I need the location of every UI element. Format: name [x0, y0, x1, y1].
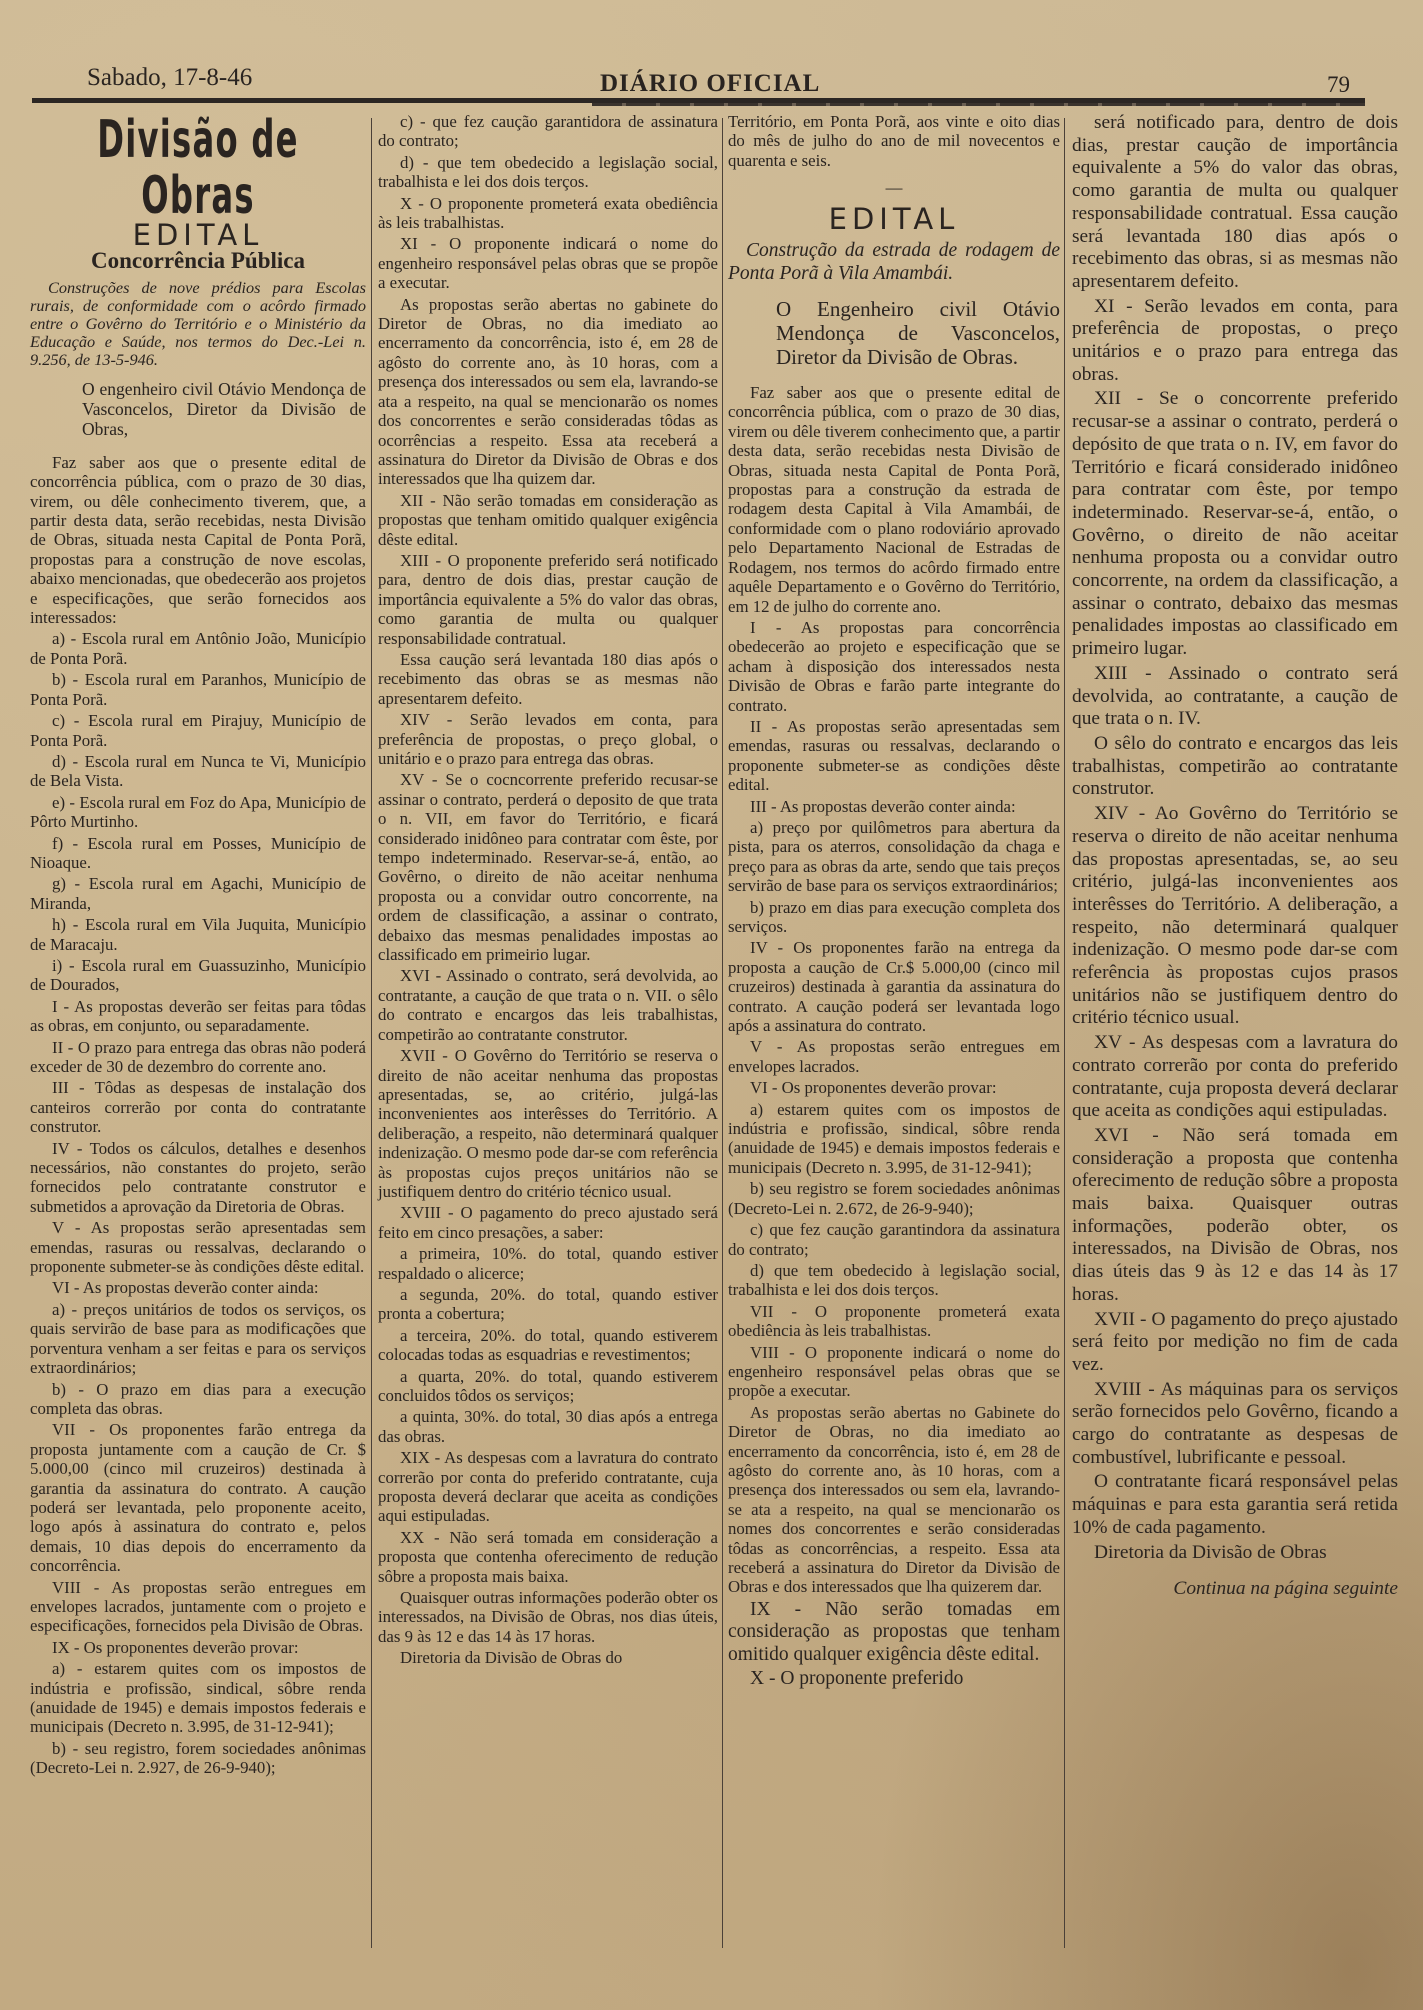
paragraph: VIII - As propostas serão entregues em e…: [30, 1578, 366, 1636]
paragraph: XII - Não serão tomadas em consideração …: [378, 491, 718, 549]
paragraph: III - Tôdas as despesas de instalação do…: [30, 1078, 366, 1136]
paragraph: a) - preços unitários de todos os serviç…: [30, 1300, 366, 1378]
paragraph: IV - Os proponentes farão na entrega da …: [728, 938, 1060, 1035]
paragraph: I - As propostas deverão ser feitas para…: [30, 997, 366, 1036]
paragraph: As propostas serão abertas no Gabinete d…: [728, 1403, 1060, 1597]
paragraph: d) - Escola rural em Nunca te Vi, Municí…: [30, 752, 366, 791]
paragraph: c) que fez caução garantindora da assina…: [728, 1220, 1060, 1259]
paragraph: XIII - Assinado o contrato será devolvid…: [1072, 663, 1398, 731]
paragraph: a) preço por quilômetros para abertura d…: [728, 818, 1060, 896]
paragraph: e) - Escola rural em Foz do Apa, Municíp…: [30, 793, 366, 832]
paragraph: a quinta, 30%. do total, 30 dias após a …: [378, 1407, 718, 1446]
paragraph: XV - Se o cocncorrente preferido recusar…: [378, 770, 718, 964]
paragraph: XI - O proponente indicará o nome do eng…: [378, 234, 718, 292]
page-header: Sabado, 17-8-46 DIÁRIO OFICIAL 79: [32, 62, 1392, 102]
paragraph: II - O prazo para entrega das obras não …: [30, 1038, 366, 1077]
column-divider: [722, 118, 723, 1948]
paragraph: Faz saber aos que o presente edital de c…: [30, 453, 366, 628]
paragraph: IX - Não serão tomadas em consideração a…: [728, 1599, 1060, 1667]
section-heading: Divisão de Obras: [44, 112, 352, 224]
continuation-note: Continua na página seguinte: [1072, 1578, 1398, 1601]
paragraph: V - As propostas serão entregues em enve…: [728, 1037, 1060, 1076]
paragraph: XV - As despesas com a lavratura do cont…: [1072, 1032, 1398, 1123]
page-number: 79: [1327, 72, 1350, 98]
paragraph: XIV - Serão levados em conta, para prefe…: [378, 710, 718, 768]
paragraph: VI - As propostas deverão conter ainda:: [30, 1278, 366, 1297]
paragraph: III - As propostas deverão conter ainda:: [728, 797, 1060, 816]
paragraph: b) seu registro se forem sociedades anôn…: [728, 1179, 1060, 1218]
column-1: Divisão de Obras EDITAL Concorrência Púb…: [30, 112, 366, 1780]
paragraph: Quaisquer outras informações poderão obt…: [378, 1588, 718, 1646]
paragraph: XVIII - As máquinas para os serviços ser…: [1072, 1379, 1398, 1470]
paragraph: Essa caução será levantada 180 dias após…: [378, 650, 718, 708]
paragraph: XVI - Não será tomada em consideração a …: [1072, 1125, 1398, 1307]
column-4: será notificado para, dentro de dois dia…: [1072, 112, 1398, 1603]
column-divider: [371, 118, 372, 1948]
paragraph: XVII - O pagamento do preço ajustado ser…: [1072, 1309, 1398, 1377]
paragraph: XIX - As despesas com a lavratura do con…: [378, 1448, 718, 1526]
column-2-body: c) - que fez caução garantidora de assin…: [378, 112, 718, 1668]
column-3-body: Faz saber aos que o presente edital de c…: [728, 383, 1060, 1597]
paragraph: O sêlo do contrato e encargos das leis t…: [1072, 733, 1398, 801]
engineer-intro: O Engenheiro civil Otávio Mendonça de Va…: [728, 297, 1060, 369]
paragraph: b) - seu registro, forem sociedades anôn…: [30, 1739, 366, 1778]
paragraph: c) - que fez caução garantidora de assin…: [378, 112, 718, 151]
paragraph: será notificado para, dentro de dois dia…: [1072, 112, 1398, 294]
paragraph: XVIII - O pagamento do preco ajustado se…: [378, 1203, 718, 1242]
paragraph: II - As propostas serão apresentadas sem…: [728, 717, 1060, 795]
paragraph: a) estarem quites com os impostos de ind…: [728, 1100, 1060, 1178]
paragraph: f) - Escola rural em Posses, Município d…: [30, 834, 366, 873]
notice-summary: Construção da estrada de rodagem de Pont…: [728, 239, 1060, 285]
paragraph: XIV - Ao Govêrno do Território se reserv…: [1072, 803, 1398, 1030]
paragraph: I - As propostas para concorrência obede…: [728, 618, 1060, 715]
separator: —: [728, 178, 1060, 197]
paragraph: VI - Os proponentes deverão provar:: [728, 1078, 1060, 1097]
paragraph: b) - O prazo em dias para a execução com…: [30, 1380, 366, 1419]
edital-label: EDITAL: [30, 226, 366, 245]
header-rule-secondary: [592, 103, 1365, 106]
paragraph: V - As propostas serão apresentadas sem …: [30, 1218, 366, 1276]
paragraph: a) - estarem quites com os impostos de i…: [30, 1659, 366, 1737]
paragraph: Faz saber aos que o presente edital de c…: [728, 383, 1060, 616]
paragraph: Diretoria da Divisão de Obras do: [378, 1648, 718, 1667]
paragraph: IV - Todos os cálculos, detalhes e desen…: [30, 1139, 366, 1217]
signature: Diretoria da Divisão de Obras: [1072, 1542, 1398, 1565]
paragraph: As propostas serão abertas no gabinete d…: [378, 295, 718, 489]
paragraph: b) prazo em dias para execução completa …: [728, 898, 1060, 937]
paragraph: a segunda, 20%. do total, quando estiver…: [378, 1285, 718, 1324]
paragraph: a terceira, 20%. do total, quando estive…: [378, 1326, 718, 1365]
paragraph: XVII - O Govêrno do Território se reserv…: [378, 1046, 718, 1201]
notice-summary: Construções de nove prédios para Escolas…: [30, 279, 366, 369]
paragraph: IX - Os proponentes deverão provar:: [30, 1638, 366, 1657]
paragraph: VIII - O proponente indicará o nome do e…: [728, 1343, 1060, 1401]
paragraph: a) - Escola rural em Antônio João, Munic…: [30, 629, 366, 668]
paragraph: XX - Não será tomada em consideração a p…: [378, 1528, 718, 1586]
engineer-intro: O engenheiro civil Otávio Mendonça de Va…: [30, 379, 366, 439]
paragraph: XVI - Assinado o contrato, será devolvid…: [378, 966, 718, 1044]
edital-label: EDITAL: [728, 210, 1060, 229]
paragraph: b) - Escola rural em Paranhos, Município…: [30, 670, 366, 709]
column-2: c) - que fez caução garantidora de assin…: [378, 112, 718, 1670]
paragraph: X - O proponente preferido: [728, 1668, 1060, 1691]
publication-title: DIÁRIO OFICIAL: [600, 70, 820, 98]
column-1-body: Faz saber aos que o presente edital de c…: [30, 453, 366, 1778]
paragraph: c) - Escola rural em Pirajuy, Município …: [30, 711, 366, 750]
paragraph: a quarta, 20%. do total, quando estivere…: [378, 1367, 718, 1406]
paragraph: VII - Os proponentes farão entrega da pr…: [30, 1420, 366, 1575]
column-3: Território, em Ponta Porã, aos vinte e o…: [728, 112, 1060, 1693]
issue-date: Sabado, 17-8-46: [87, 64, 252, 92]
subheading: Concorrência Pública: [30, 251, 366, 270]
closing-line: Território, em Ponta Porã, aos vinte e o…: [728, 112, 1060, 170]
paragraph: i) - Escola rural em Guassuzinho, Municí…: [30, 956, 366, 995]
paragraph: O contratante ficará responsável pelas m…: [1072, 1471, 1398, 1539]
column-divider: [1064, 118, 1065, 1948]
paragraph: g) - Escola rural em Agachi, Município d…: [30, 874, 366, 913]
column-3-body-large: IX - Não serão tomadas em consideração a…: [728, 1599, 1060, 1691]
paragraph: XIII - O proponente preferido será notif…: [378, 551, 718, 648]
paragraph: XII - Se o concorrente preferido recusar…: [1072, 388, 1398, 660]
paragraph: XI - Serão levados em conta, para prefer…: [1072, 296, 1398, 387]
column-4-body: será notificado para, dentro de dois dia…: [1072, 112, 1398, 1540]
paragraph: VII - O proponente prometerá exata obedi…: [728, 1302, 1060, 1341]
paragraph: d) que tem obedecido à legislação social…: [728, 1261, 1060, 1300]
paragraph: h) - Escola rural em Vila Juquita, Munic…: [30, 915, 366, 954]
paragraph: a primeira, 10%. do total, quando estive…: [378, 1244, 718, 1283]
paragraph: d) - que tem obedecido a legislação soci…: [378, 153, 718, 192]
paragraph: X - O proponente prometerá exata obediên…: [378, 194, 718, 233]
